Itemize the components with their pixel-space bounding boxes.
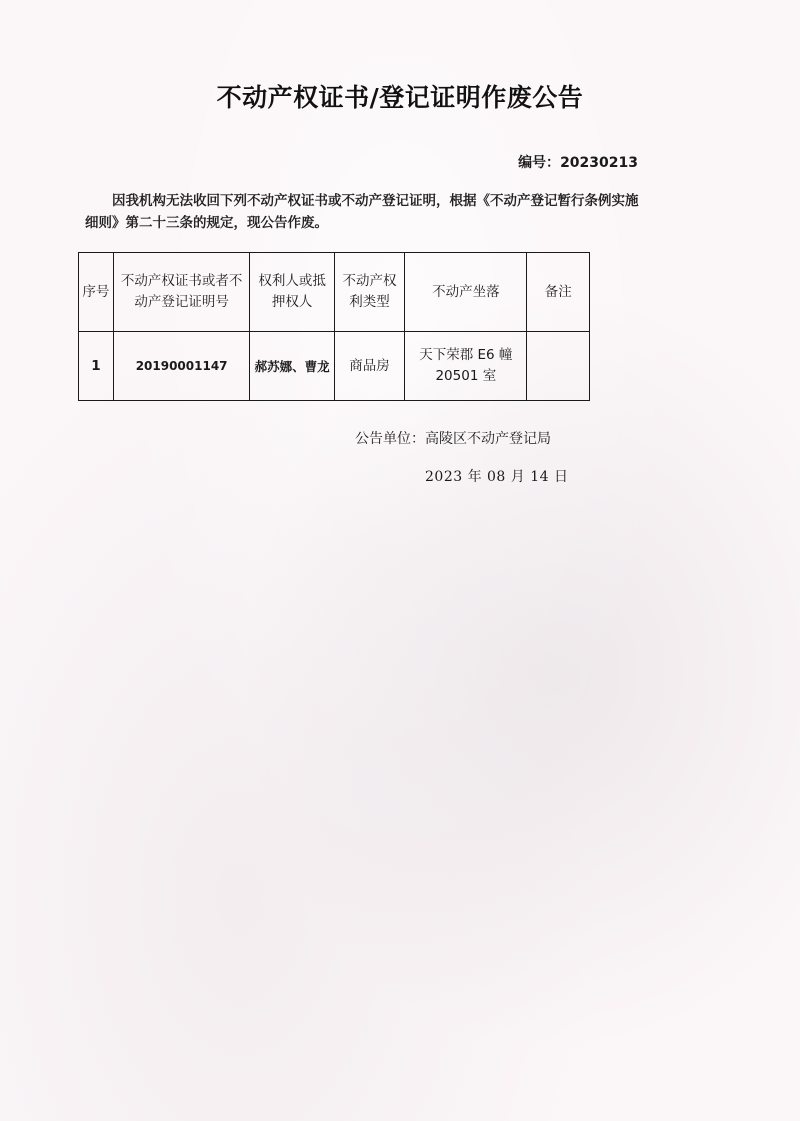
table-row: 1 20190001147 郝苏娜、曹龙 商品房 天下荣郡 E6 幢 20501…	[79, 332, 590, 401]
header-certificate-number: 不动产权证书或者不动产登记证明号	[113, 253, 250, 332]
document-number: 编号：20230213	[518, 152, 638, 172]
header-notes: 备注	[527, 253, 590, 332]
table-header-row: 序号 不动产权证书或者不动产登记证明号 权利人或抵押权人 不动产权利类型 不动产…	[79, 253, 590, 332]
cell-seq: 1	[79, 332, 114, 401]
cell-right-holder: 郝苏娜、曹龙	[250, 332, 334, 401]
cell-certificate-number: 20190001147	[113, 332, 250, 401]
document-number-label: 编号：	[518, 155, 560, 171]
document-number-value: 20230213	[560, 155, 638, 171]
cell-location: 天下荣郡 E6 幢 20501 室	[405, 332, 527, 401]
notice-title: 不动产权证书/登记证明作废公告	[0, 78, 800, 114]
header-right-type: 不动产权利类型	[334, 253, 404, 332]
intro-paragraph: 因我机构无法收回下列不动产权证书或不动产登记证明，根据《不动产登记暂行条例实施细…	[85, 190, 645, 234]
cell-notes	[527, 332, 590, 401]
issue-date: 2023 年 08 月 14 日	[425, 466, 569, 486]
cell-right-type: 商品房	[334, 332, 404, 401]
void-certificates-table: 序号 不动产权证书或者不动产登记证明号 权利人或抵押权人 不动产权利类型 不动产…	[78, 252, 590, 401]
issuing-authority: 公告单位：高陵区不动产登记局	[355, 428, 551, 448]
header-seq: 序号	[79, 253, 114, 332]
notice-page: 不动产权证书/登记证明作废公告 编号：20230213 因我机构无法收回下列不动…	[0, 0, 800, 1121]
header-right-holder: 权利人或抵押权人	[250, 253, 334, 332]
header-location: 不动产坐落	[405, 253, 527, 332]
